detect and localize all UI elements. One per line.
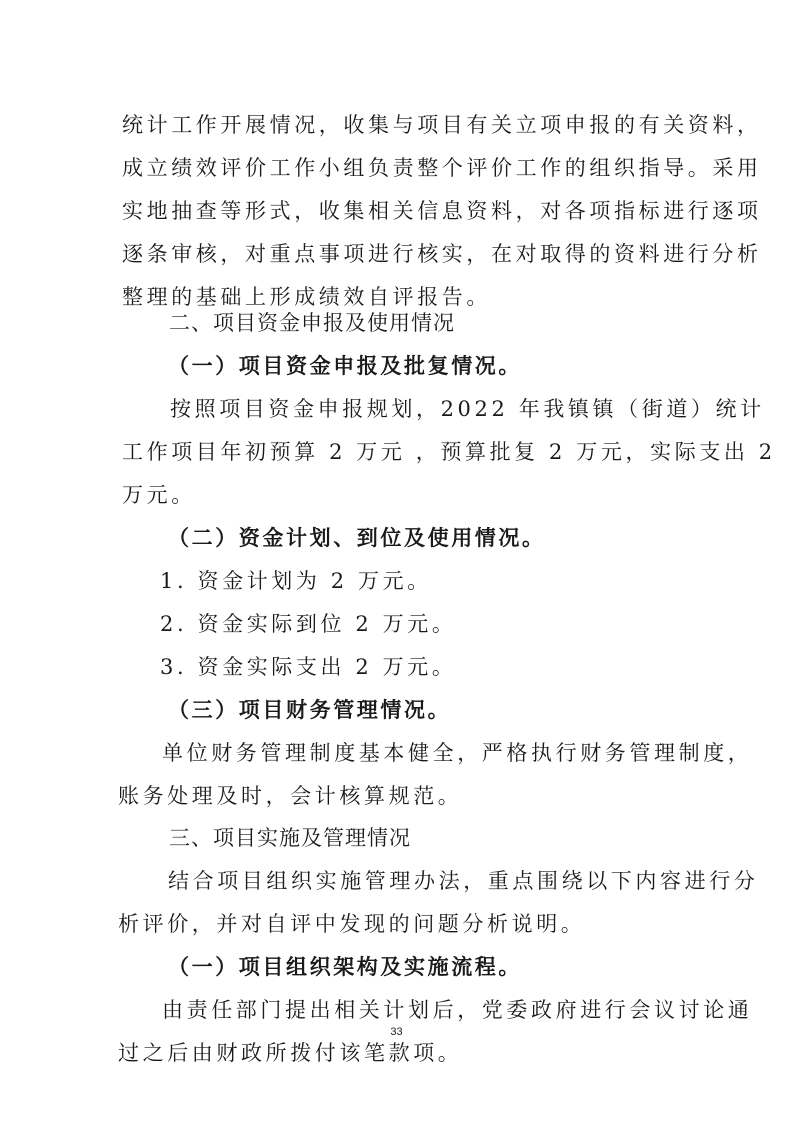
paragraph-line: 万元。 xyxy=(122,482,196,508)
section-heading: 三、项目实施及管理情况 xyxy=(169,825,411,851)
subsection-heading: （三）项目财务管理情况。 xyxy=(168,697,451,723)
list-item: 3. 资金实际支出 2 万元。 xyxy=(160,654,456,680)
paragraph-line: 按照项目资金申报规划，2022 年我镇镇（街道）统计 xyxy=(170,396,765,422)
paragraph-line: 逐条审核，对重点事项进行核实，在对取得的资料进行分析 xyxy=(122,241,762,267)
paragraph-line: 账务处理及时，会计核算规范。 xyxy=(118,783,462,809)
subsection-heading: （一）项目资金申报及批复情况。 xyxy=(168,353,522,379)
paragraph-line: 实地抽查等形式，收集相关信息资料，对各项指标进行逐项 xyxy=(122,198,762,224)
paragraph-line: 统计工作开展情况，收集与项目有关立项申报的有关资料， xyxy=(122,112,762,138)
page-number: 33 xyxy=(0,1026,793,1038)
paragraph-line: 工作项目年初预算 2 万元 ，预算批复 2 万元，实际支出 2 xyxy=(122,439,776,465)
section-heading: 二、项目资金申报及使用情况 xyxy=(169,310,455,336)
paragraph-line: 整理的基础上形成绩效自评报告。 xyxy=(122,284,491,310)
paragraph-line: 析评价，并对自评中发现的问题分析说明。 xyxy=(118,911,585,937)
list-item: 1. 资金计划为 2 万元。 xyxy=(160,568,432,594)
paragraph-line: 结合项目组织实施管理办法，重点围绕以下内容进行分 xyxy=(168,868,758,894)
subsection-heading: （二）资金计划、到位及使用情况。 xyxy=(168,525,546,551)
list-item: 2. 资金实际到位 2 万元。 xyxy=(160,611,456,637)
paragraph-line: 成立绩效评价工作小组负责整个评价工作的组织指导。采用 xyxy=(122,155,762,181)
paragraph-line: 过之后由财政所拨付该笔款项。 xyxy=(118,1040,462,1066)
subsection-heading: （一）项目组织架构及实施流程。 xyxy=(168,954,522,980)
paragraph-line: 由责任部门提出相关计划后，党委政府进行会议讨论通 xyxy=(162,997,752,1023)
paragraph-line: 单位财务管理制度基本健全，严格执行财务管理制度， xyxy=(162,740,752,766)
